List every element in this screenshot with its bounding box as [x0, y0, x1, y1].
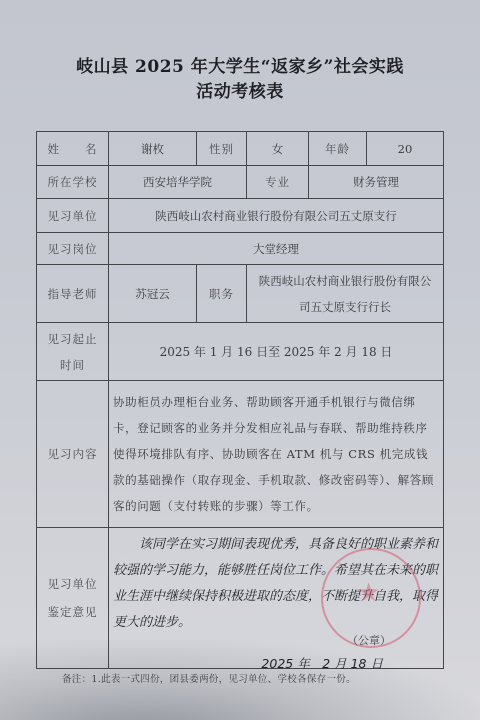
duty-value: 陕西岐山农村商业银行股份有限公司五丈原支行行长 [247, 265, 444, 323]
name-value: 谢枚 [109, 132, 197, 166]
assessment-form-table: 姓 名 谢枚 性别 女 年龄 20 所在学校 西安培华学院 专业 财务管理 见习… [36, 131, 444, 669]
period-label: 见习起止时间 [37, 323, 109, 381]
row-post: 见习岗位 大堂经理 [37, 233, 444, 265]
name-label: 姓 名 [37, 132, 109, 166]
content-label: 见习内容 [37, 381, 109, 528]
gender-value: 女 [247, 132, 309, 166]
seal-label: （公章） [347, 632, 391, 650]
mentor-label: 指导老师 [37, 265, 109, 323]
mentor-value: 苏冠云 [109, 265, 197, 323]
row-school: 所在学校 西安培华学院 专业 财务管理 [37, 166, 444, 199]
gender-label: 性别 [197, 132, 247, 166]
row-basic-info: 姓 名 谢枚 性别 女 年龄 20 [37, 132, 444, 166]
unit-label: 见习单位 [37, 199, 109, 233]
period-value: 2025 年 1 月 16 日至 2025 年 2 月 18 日 [109, 323, 444, 381]
row-unit: 见习单位 陕西岐山农村商业银行股份有限公司五丈原支行 [37, 199, 444, 233]
duty-label: 职务 [197, 265, 247, 323]
major-label: 专业 [247, 166, 309, 199]
opinion-text: 该同学在实习期间表现优秀，具备良好的职业素养和较强的学习能力，能够胜任岗位工作。… [109, 528, 443, 636]
major-value: 财务管理 [309, 166, 444, 199]
age-value: 20 [367, 132, 444, 166]
document-title-line1: 岐山县 2025 年大学生“返家乡”社会实践 [0, 52, 480, 77]
opinion-label: 见习单位鉴定意见 [37, 528, 109, 669]
school-value: 西安培华学院 [109, 166, 247, 199]
row-opinion: 见习单位鉴定意见 该同学在实习期间表现优秀，具备良好的职业素养和较强的学习能力，… [37, 528, 444, 669]
post-label: 见习岗位 [37, 233, 109, 265]
age-label: 年龄 [309, 132, 367, 166]
content-value: 协助柜员办理柜台业务、帮助顾客开通手机银行与微信绑卡，登记顾客的业务并分发相应礼… [109, 381, 444, 528]
opinion-cell: 该同学在实习期间表现优秀，具备良好的职业素养和较强的学习能力，能够胜任岗位工作。… [109, 528, 444, 669]
school-label: 所在学校 [37, 166, 109, 199]
unit-value: 陕西岐山农村商业银行股份有限公司五丈原支行 [109, 199, 444, 233]
row-content: 见习内容 协助柜员办理柜台业务、帮助顾客开通手机银行与微信绑卡，登记顾客的业务并… [37, 381, 444, 528]
row-period: 见习起止时间 2025 年 1 月 16 日至 2025 年 2 月 18 日 [37, 323, 444, 381]
document-title-line2: 活动考核表 [0, 77, 480, 102]
row-mentor: 指导老师 苏冠云 职务 陕西岐山农村商业银行股份有限公司五丈原支行行长 [37, 265, 444, 323]
post-value: 大堂经理 [109, 233, 444, 265]
footnote: 备注：1.此表一式四份，团县委两份，见习单位、学校各保存一份。 [62, 671, 356, 685]
